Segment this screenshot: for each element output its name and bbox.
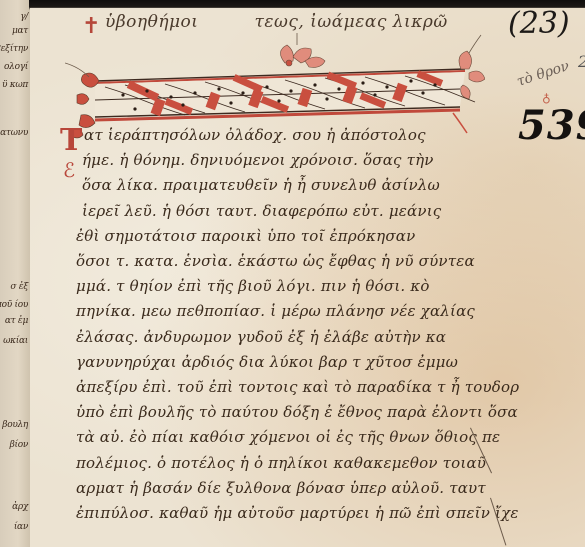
manuscript-line: μμά. τ θηίον ἐπὶ τῆς βιοῦ λόγι. πιν ἡ θό…: [76, 277, 430, 295]
facing-page-margin: γ/ματϛεξίτηνολογίϋ κωπατωνυσ ἐξποῦ ίουατ…: [0, 0, 31, 547]
header-text-left: ὑβοηθήμοι: [105, 12, 198, 32]
manuscript-viewer: γ/ματϛεξίτηνολογίϋ κωπατωνυσ ἐξποῦ ίουατ…: [0, 0, 585, 547]
facing-page-text: ατ ἐμ: [5, 316, 28, 326]
manuscript-line: ὑπὸ ἐπὶ βουλῆς τὸ παύτου δόξη ἐ ἔθνος πα…: [76, 403, 518, 421]
manuscript-line: ὅσοι τ. κατα. ἑνσὶα. ἑκάστω ὡς ἔφθας ἡ ν…: [76, 252, 475, 270]
manuscript-line: αρματ ἡ βασάν δίε ξυλθονα βόνασ ὑπερ αὐλ…: [76, 479, 486, 497]
facing-page-text: ἀρχ: [12, 502, 28, 512]
facing-page-text: βίον: [10, 440, 28, 450]
shelfmark-number: 539: [518, 102, 585, 149]
facing-page-text: ϋ κωπ: [2, 80, 28, 90]
facing-page-text: ωκίαι: [3, 336, 28, 346]
facing-page-text: ματ: [12, 26, 28, 36]
manuscript-page: ✝ ὑβοηθήμοιτεως, ἰωάμεας λικρῶ: [30, 8, 585, 547]
manuscript-line: ἐθὶ σημοτάτοισ παροικὶ ὑπο τοῖ ἐπρόκησαν: [76, 227, 415, 245]
facing-page-text: ποῦ ίου: [0, 300, 28, 310]
manuscript-line: πηνίκα. μεω πεθποπίασ. ἱ μέρω πλάνησ νέε…: [76, 302, 475, 320]
facing-page-text: ϛεξίτην: [0, 44, 28, 54]
manuscript-line: πολέμιος. ὁ ποτέλος ἡ ὁ πηλίκοι καθακεμε…: [76, 454, 486, 472]
facing-page-text: ατωνυ: [0, 128, 28, 138]
manuscript-line: ατ ἱεράπτησόλων ὀλάδοχ. σου ἡ ἀπόστολος: [84, 126, 426, 144]
manuscript-line: γανυνηρύχαι ἀρδιός δια λύκοι βαρ τ χῦτοσ…: [76, 353, 458, 371]
facing-page-text: ίαν: [14, 522, 28, 532]
manuscript-line: ἐπιπύλοσ. καθαῦ ἡμ αὐτοῦσ μαρτύρει ἡ πῶ …: [76, 504, 519, 522]
facing-page-text: γ/: [20, 12, 28, 22]
manuscript-line: τὰ αὐ. ἐὸ πίαι καθόισ χόμενοι οἱ ἐς τῆς …: [76, 428, 500, 446]
manuscript-line: ἱερεῖ λεῦ. ἡ θόσι ταυτ. διαφερόπω εὐτ. μ…: [82, 202, 441, 220]
facing-page-text: σ ἐξ: [10, 282, 28, 292]
manuscript-line: ήμε. ἡ θόνημ. δηνιυόμενοι χρόνοισ. ὅσας …: [82, 151, 434, 169]
header-text-right: τεως, ἰωάμεας λικρῶ: [254, 12, 447, 32]
folio-number: (23): [508, 6, 570, 41]
manuscript-line: ἐλάσας. ἀνδυρωμον γυδοῦ ἐξ ἡ ἐλάβε αὐτὴν…: [76, 328, 446, 346]
facing-page-text: βουλη: [2, 420, 28, 430]
folio-sub-number: 2: [578, 52, 585, 71]
initial-flourish-icon: ℰ: [63, 158, 75, 182]
facing-page-text: ολογί: [4, 62, 28, 72]
header-line: ὑβοηθήμοιτεως, ἰωάμεας λικρῶ: [105, 12, 448, 32]
manuscript-line: ὅσα λίκα. πραιματευθεῖν ἡ ἦ συνελυθ ἀσίν…: [82, 176, 440, 194]
decorated-initial: Τ: [60, 123, 82, 158]
margin-annotation: τὸ θρον: [515, 58, 572, 90]
manuscript-line: ἀπεξίρυ ἐπὶ. τοῦ ἐπὶ τοντοις καὶ τὸ παρα…: [76, 378, 519, 396]
